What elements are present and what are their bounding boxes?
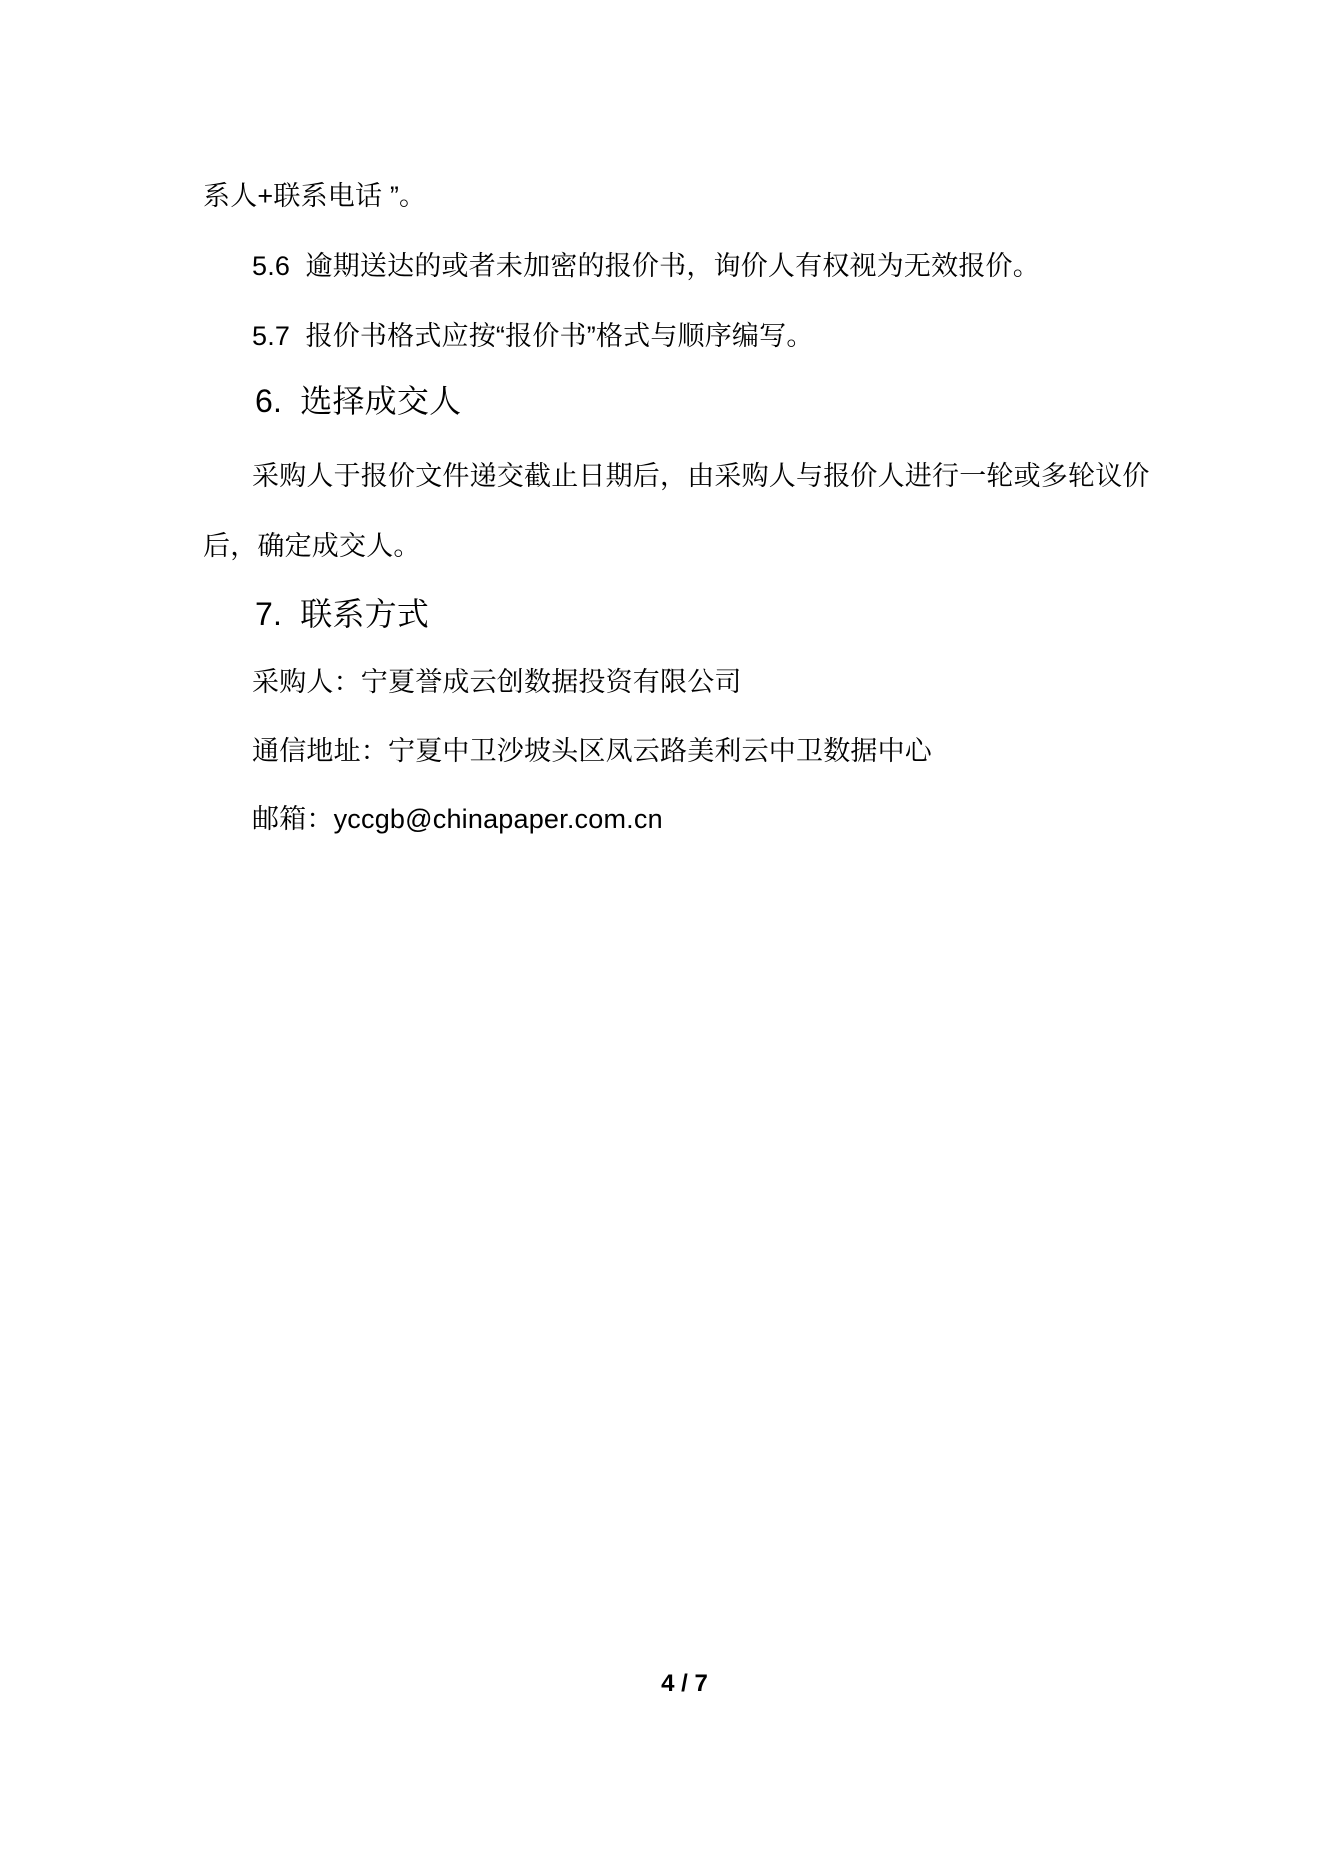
clause-5-6: 5.6 逾期送达的或者未加密的报价书，询价人有权视为无效报价。 xyxy=(252,248,1040,284)
clause-5-7: 5.7 报价书格式应按“报价书”格式与顺序编写。 xyxy=(252,318,814,354)
email-line: 邮箱：yccgb@chinapaper.com.cn xyxy=(252,801,663,837)
page-number: 4 / 7 xyxy=(0,1669,1323,1699)
section-7-heading: 7. 联系方式 xyxy=(255,594,429,634)
document-page: 系人+联系电话 ”。 5.6 逾期送达的或者未加密的报价书，询价人有权视为无效报… xyxy=(0,0,1323,1871)
section-6-paragraph-line-1: 采购人于报价文件递交截止日期后，由采购人与报价人进行一轮或多轮议价 xyxy=(252,458,1150,494)
section-6-paragraph-line-2: 后，确定成交人。 xyxy=(203,528,421,564)
carryover-text-line: 系人+联系电话 ”。 xyxy=(203,178,426,214)
buyer-line: 采购人：宁夏誉成云创数据投资有限公司 xyxy=(252,664,742,700)
address-line: 通信地址：宁夏中卫沙坡头区凤云路美利云中卫数据中心 xyxy=(252,733,932,769)
section-6-heading: 6. 选择成交人 xyxy=(255,381,461,421)
